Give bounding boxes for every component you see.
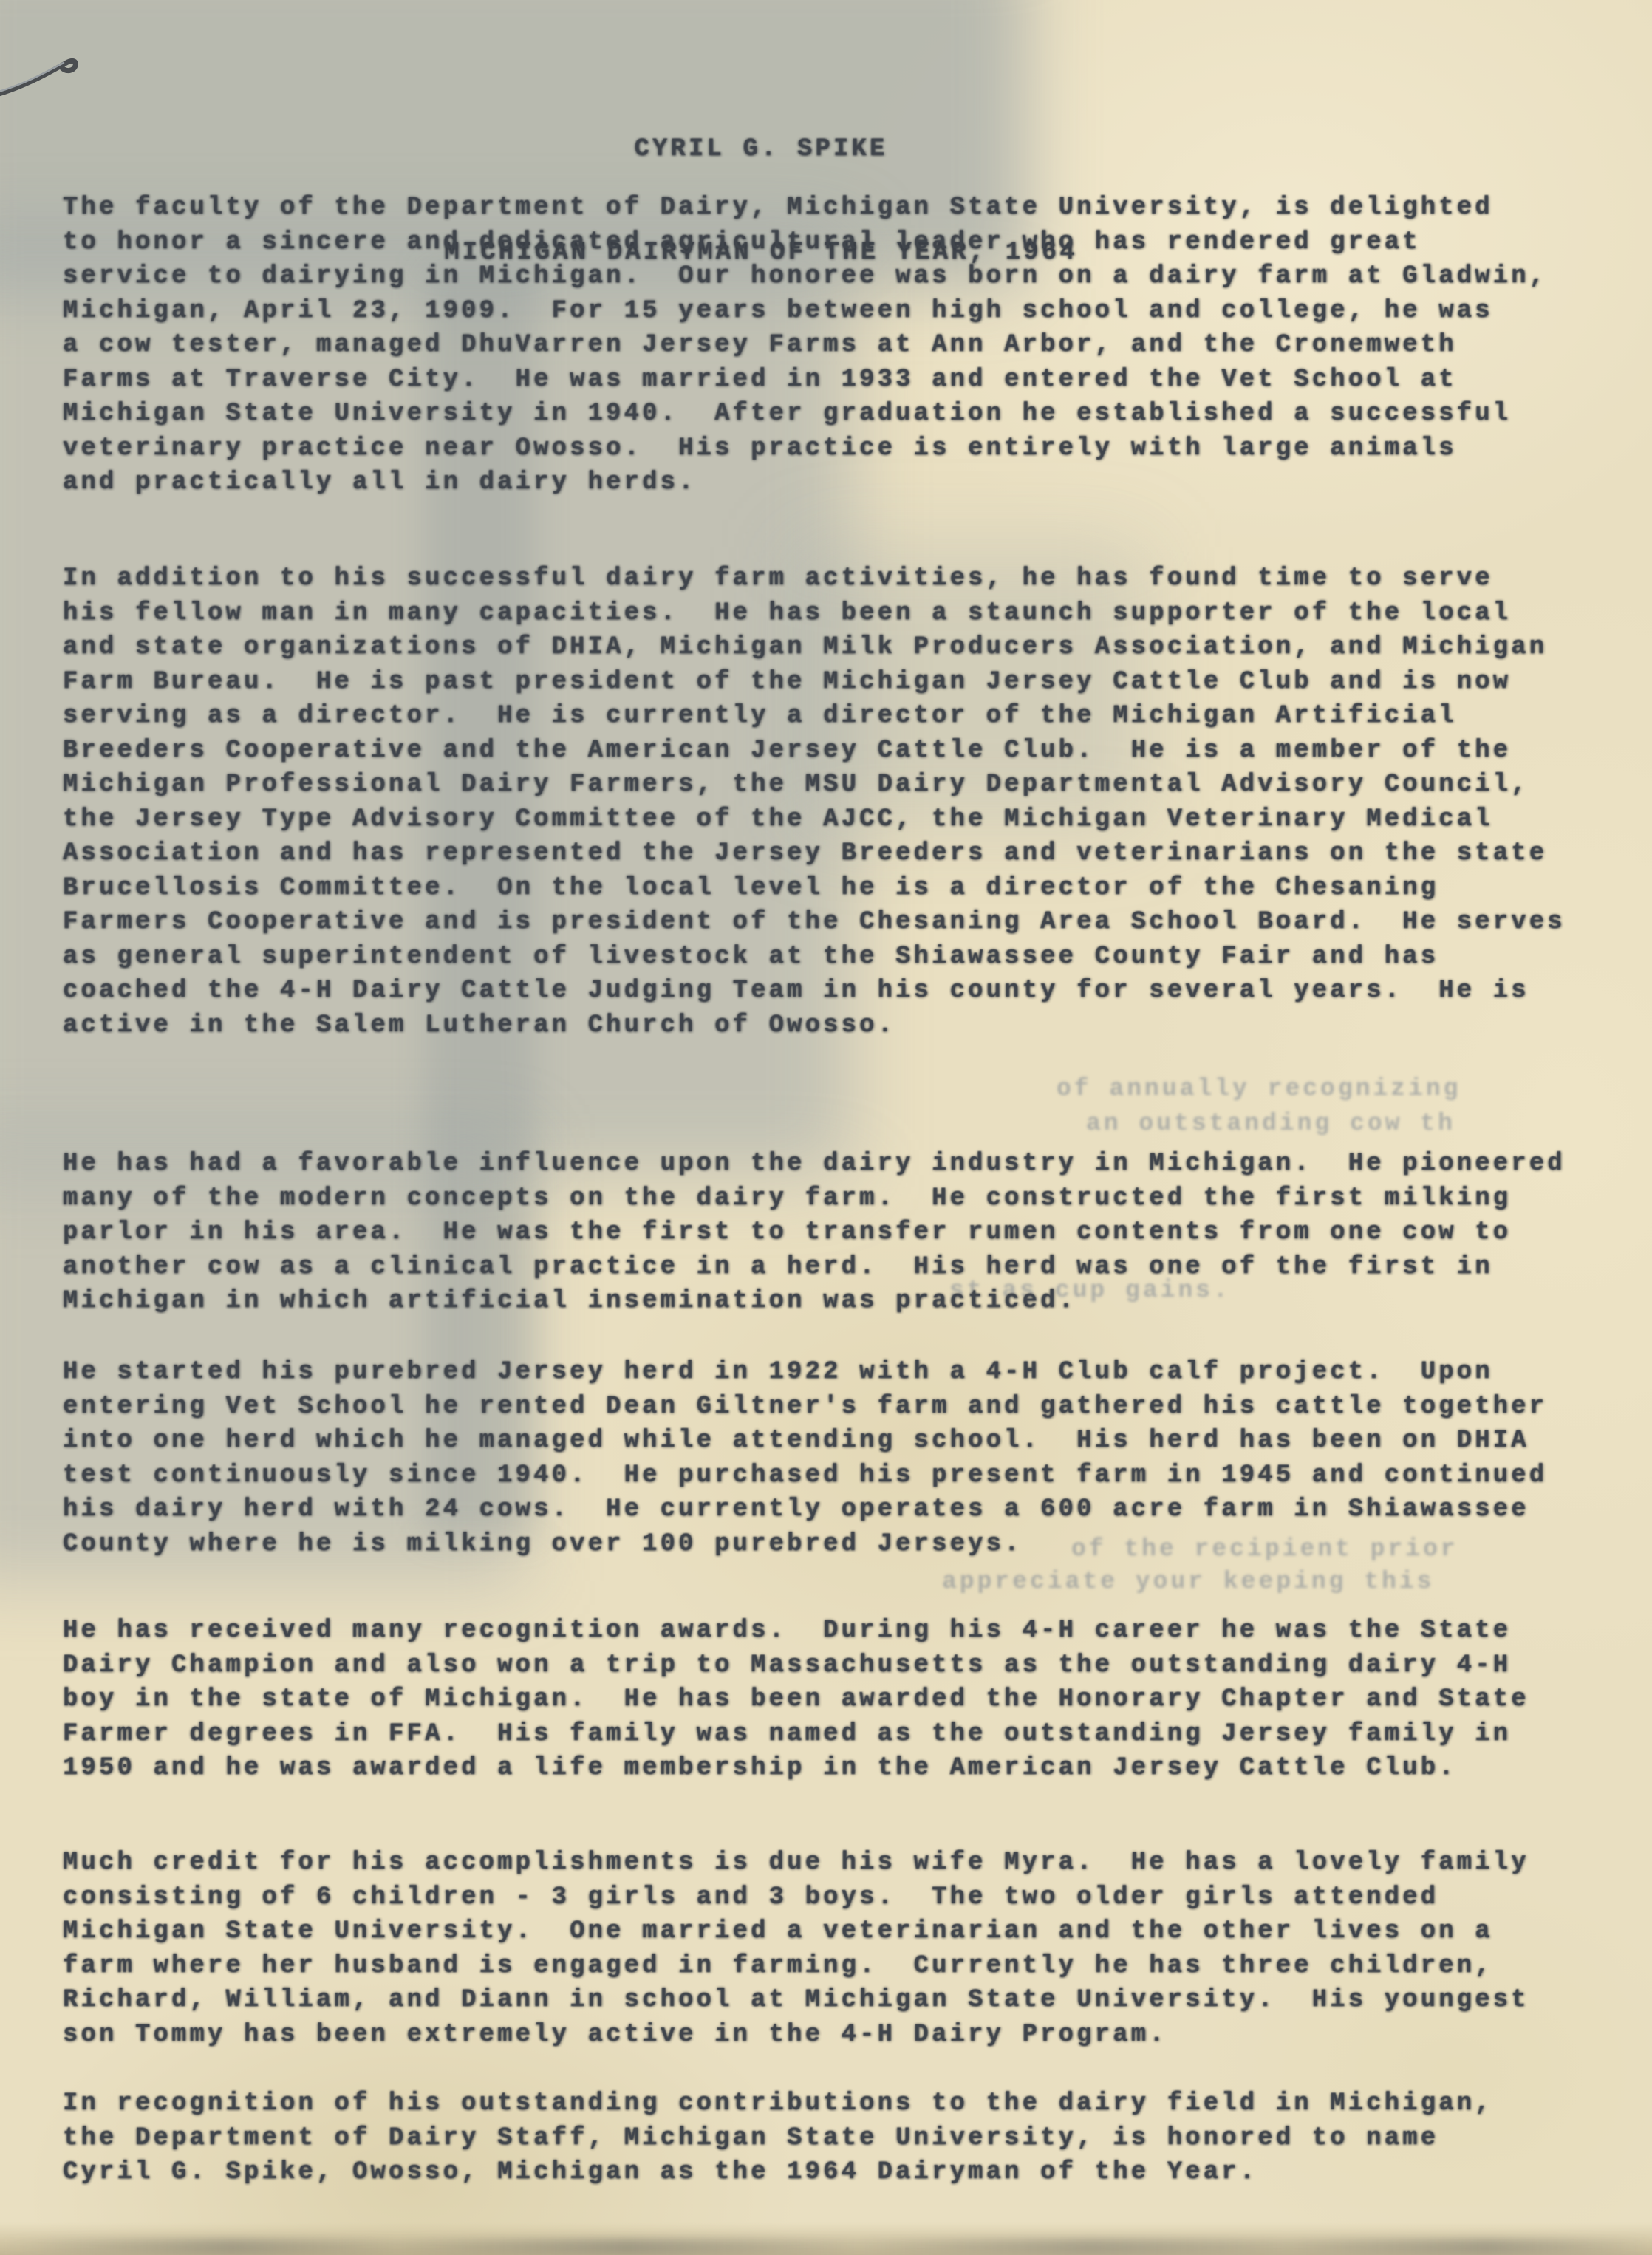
paragraph-dairy-influence: He has had a favorable influence upon th… <box>63 1147 1603 1319</box>
scanned-typewritten-page: of annually recognizing an outstanding c… <box>0 0 1652 2255</box>
page-bottom-shade <box>0 2222 1652 2255</box>
paragraph-intro-biography: The faculty of the Department of Dairy, … <box>63 191 1603 500</box>
paragraph-recognition-awards: He has received many recognition awards.… <box>63 1614 1603 1786</box>
ghost-text: of annually recognizing <box>1057 1075 1461 1102</box>
paragraph-service-roles: In addition to his successful dairy farm… <box>63 562 1603 1043</box>
title-name-line: CYRIL G. SPIKE <box>0 132 1522 167</box>
paragraph-closing-honor: In recognition of his outstanding contri… <box>63 2087 1603 2190</box>
paperclip-icon <box>0 30 103 111</box>
paragraph-family: Much credit for his accomplishments is d… <box>63 1846 1603 2052</box>
paragraph-jersey-herd: He started his purebred Jersey herd in 1… <box>63 1355 1603 1561</box>
ghost-text: appreciate your keeping this <box>942 1568 1435 1595</box>
page-bottom-smudges <box>0 2239 1652 2255</box>
ghost-text: an outstanding cow th <box>1086 1110 1455 1137</box>
